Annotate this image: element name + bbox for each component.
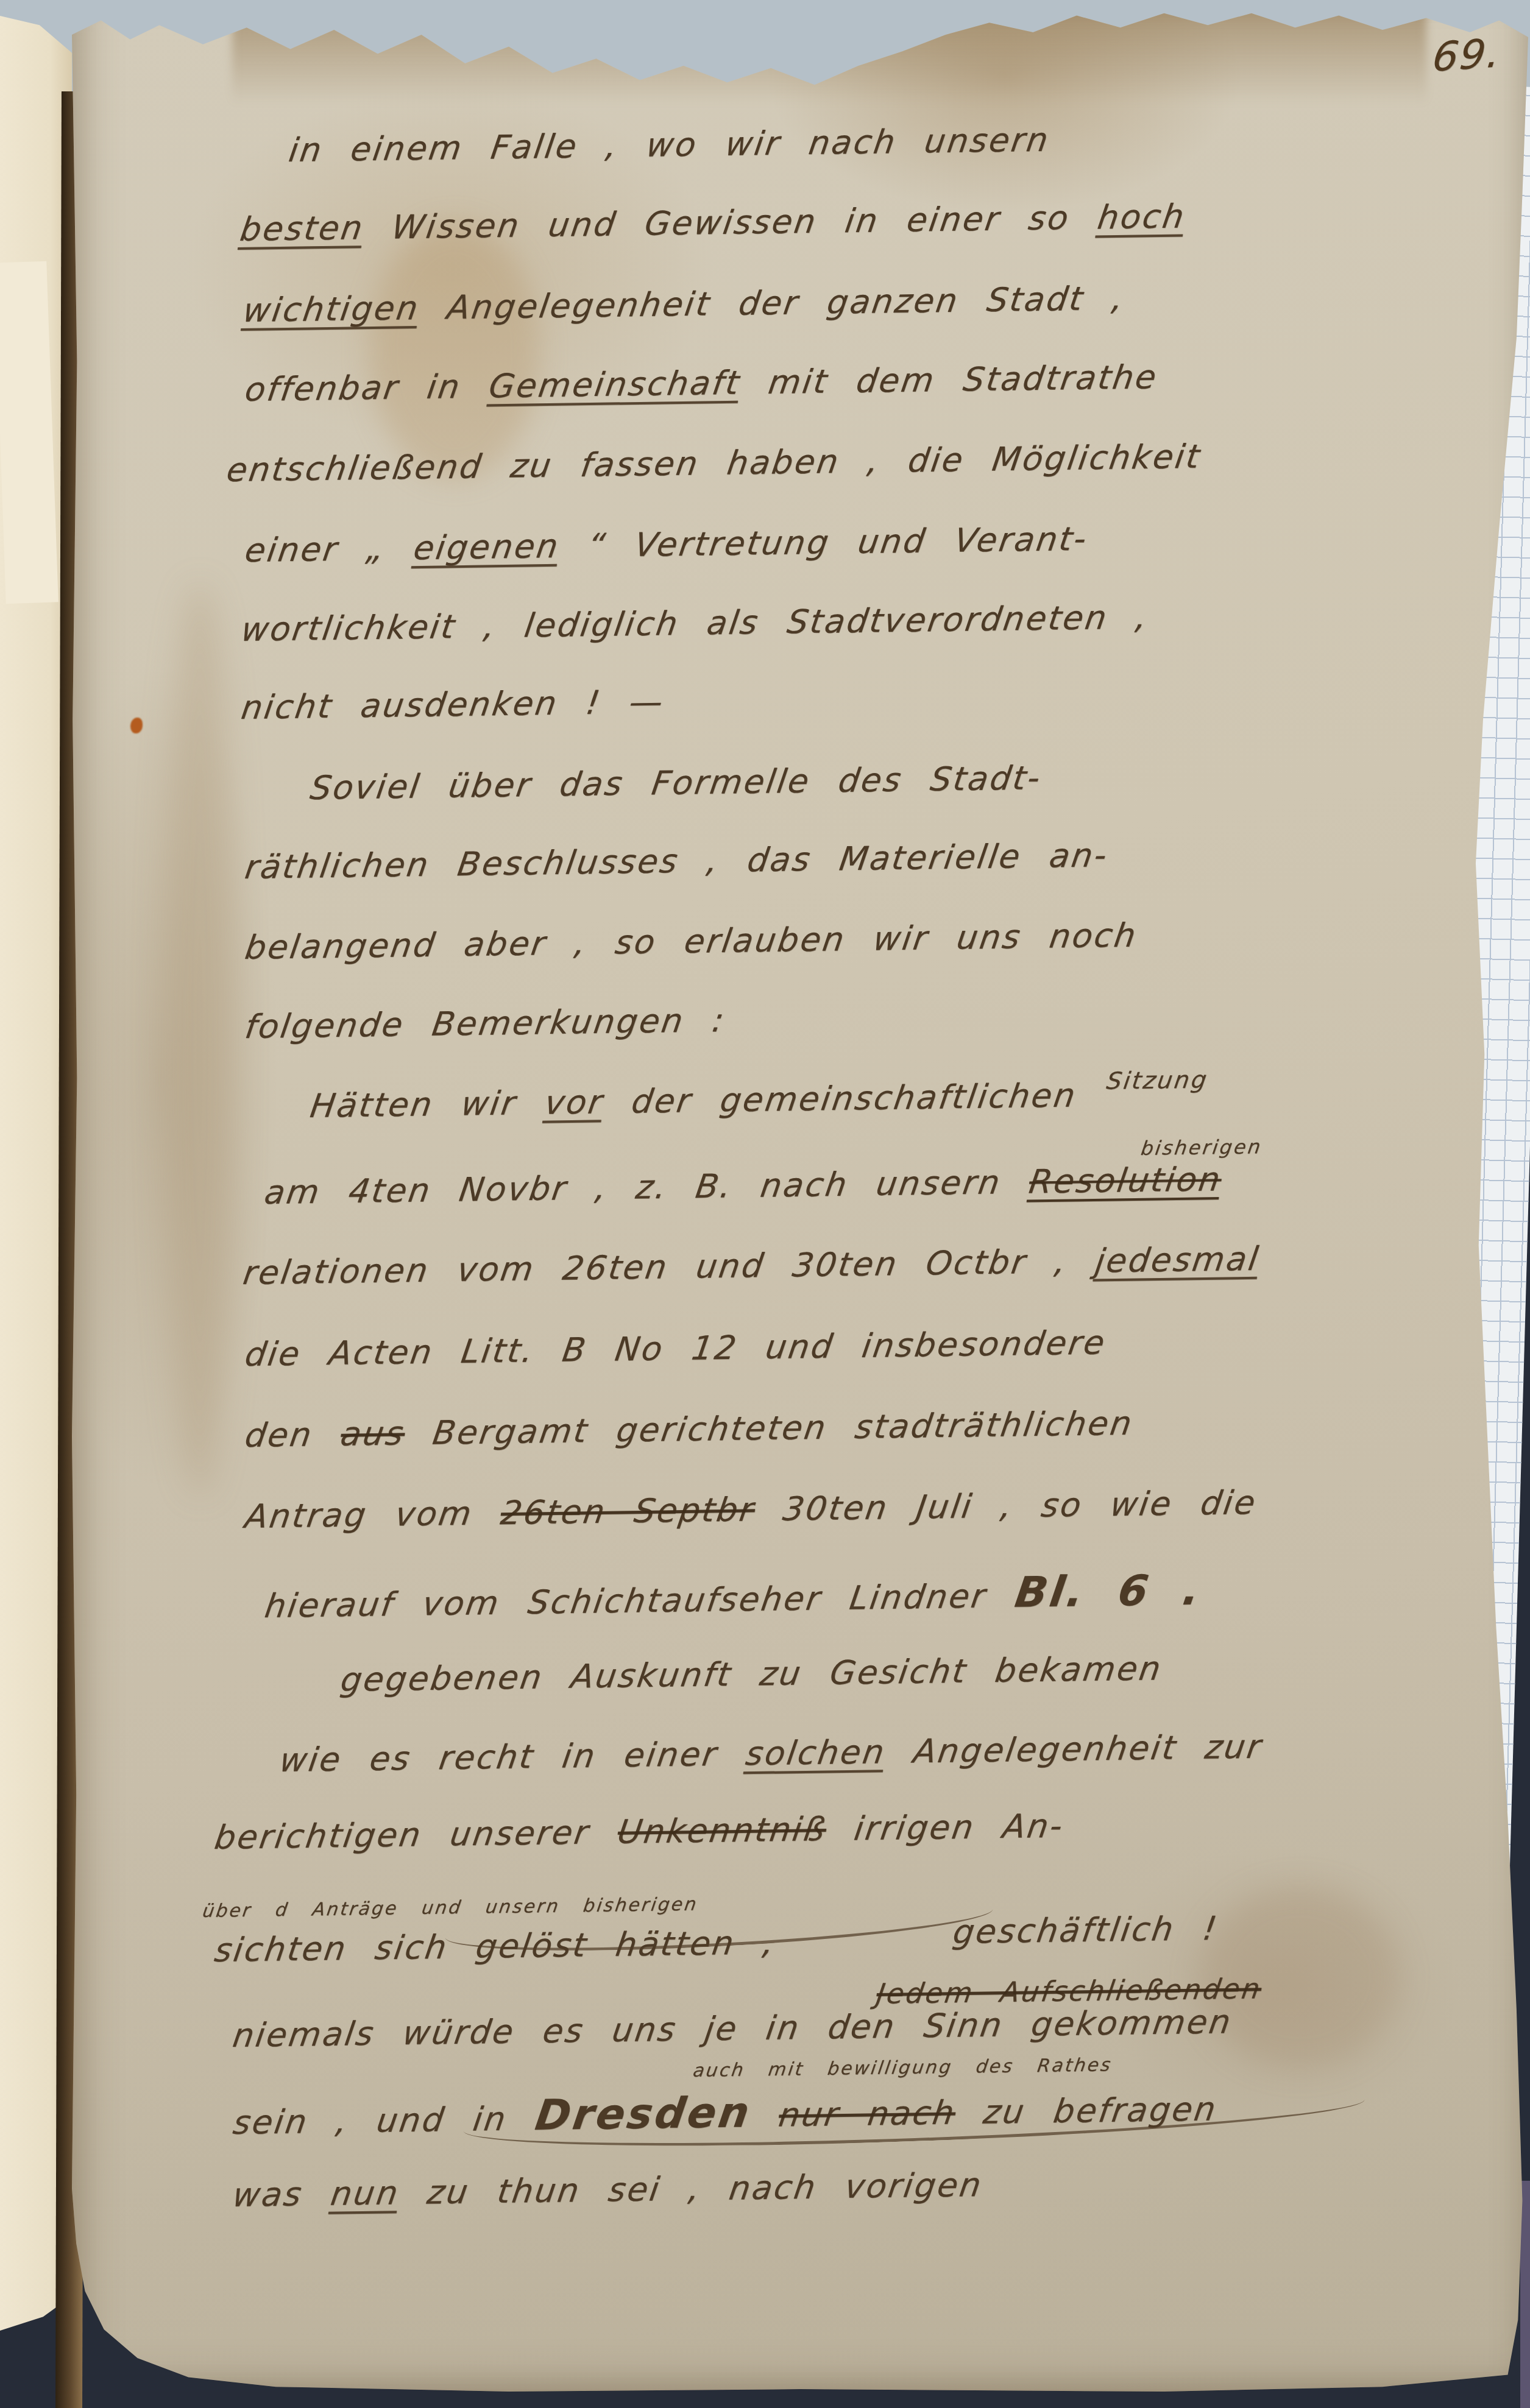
handwriting-segment-underline: besten (238, 208, 367, 249)
handwriting-segment-underline: Gemeinschaft (486, 364, 743, 406)
handwriting-segment: “ Vertretung und Verant- (557, 520, 1091, 565)
handwriting-segment: berichtigen unserer (212, 1813, 621, 1857)
handwriting-segment-underline: jedesmal (1093, 1240, 1263, 1280)
handwriting-segment-underline: vor (542, 1082, 607, 1121)
handwriting-segment-strike: aus (338, 1414, 408, 1453)
handwriting-segment-underline: eigenen (411, 527, 562, 567)
handwriting-segment: hierauf vom Schichtaufseher Lindner (263, 1576, 1018, 1625)
handwriting-segment: Hätten wir (308, 1084, 548, 1125)
handwriting-segment: geschäftlich ! (951, 1909, 1221, 1951)
handwriting-line: bisherigen (1139, 1135, 1264, 1160)
handwriting-segment-raised: Sitzung (1105, 1067, 1210, 1095)
handwriting-line: geschäftlich ! (951, 1909, 1221, 1951)
handwriting-segment-underline: solchen (743, 1732, 888, 1773)
handwriting-segment: den (243, 1415, 344, 1455)
paper-stain (369, 223, 540, 479)
page-number: 69. (1430, 29, 1503, 81)
handwriting-segment-underline: hoch (1095, 197, 1188, 236)
handwriting-line: folgende Bemerkungen : (243, 1001, 728, 1046)
handwriting-segment: bisherigen (1139, 1135, 1264, 1160)
handwriting-segment: Antrag vom (243, 1494, 504, 1536)
handwriting-segment-strike: 26ten Septbr (498, 1490, 758, 1532)
handwriting-segment: mit dem Stadtrathe (738, 358, 1161, 402)
handwriting-segment-underline: nun (328, 2173, 402, 2213)
handwriting-segment-strike: Unkenntniß (615, 1810, 829, 1851)
handwriting-segment-underline: wichtigen (241, 289, 422, 330)
handwriting-segment: was (230, 2175, 334, 2214)
handwriting-segment: zu thun sei , nach vorigen (397, 2166, 985, 2212)
handwriting-segment: der gemeinschaftlichen (601, 1076, 1107, 1121)
handwriting-segment: Angelegenheit zur (883, 1728, 1266, 1771)
handwriting-segment: einer „ (243, 529, 417, 570)
handwriting-segment: wie es recht in einer (277, 1734, 749, 1779)
handwriting-segment: irrigen An- (824, 1807, 1067, 1848)
manuscript-scan: 69. in einem Falle , wo wir nach unsernb… (0, 0, 1530, 2408)
handwriting-segment-large: Bl. 6 . (1012, 1566, 1205, 1617)
handwriting-segment: nicht ausdenken ! — (239, 682, 667, 727)
handwriting-segment: 30ten Juli , so wie die (753, 1483, 1260, 1528)
handwriting-segment-strike-underline: Resolution (1027, 1160, 1224, 1201)
handwriting-segment: offenbar in (243, 367, 492, 409)
paper-stain (163, 582, 236, 1496)
handwriting-segment: folgende Bemerkungen : (243, 1001, 728, 1046)
handwriting-line: nicht ausdenken ! — (239, 682, 667, 727)
